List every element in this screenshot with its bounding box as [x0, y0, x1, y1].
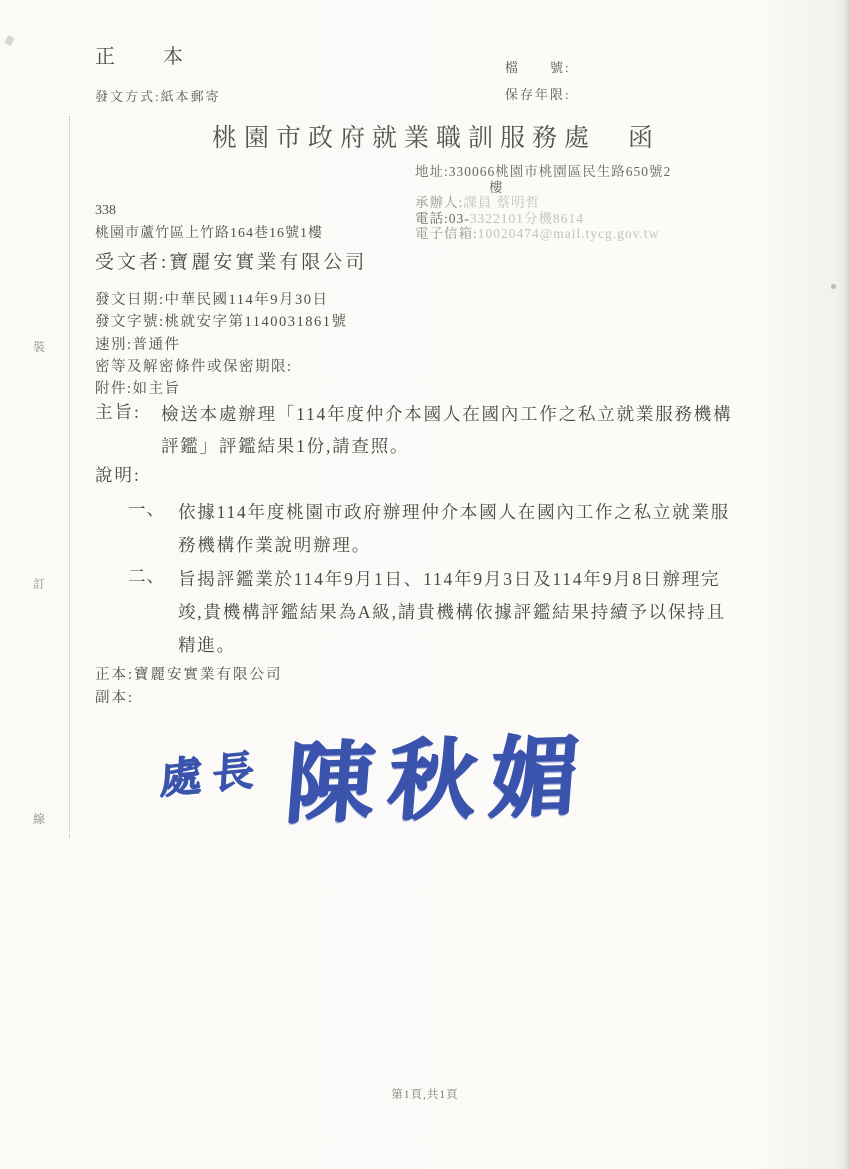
sender-email: 電子信箱:10020474@mail.tycg.gov.tw — [415, 226, 671, 242]
item-text: 依據114年度桃園市政府辦理仲介本國人在國內工作之私立就業服務機構作業說明辦理。 — [178, 496, 738, 562]
scan-artifact-dot — [831, 284, 836, 289]
explanation-item-2: 二、 旨揭評鑑業於114年9月1日、114年9月3日及114年9月8日辦理完竣,… — [128, 563, 738, 662]
subject-paragraph: 主旨: 檢送本處辦理「114年度仲介本國人在國內工作之私立就業服務機構評鑑」評鑑… — [95, 399, 741, 462]
sender-address-line1: 地址:330066桃園市桃園區民生路650號2 — [415, 164, 671, 180]
binding-mark-zhuang: 裝 — [33, 338, 45, 355]
subject-label: 主旨: — [95, 399, 161, 462]
issue-date: 發文日期:中華民國114年9月30日 — [95, 289, 348, 311]
subject-text: 檢送本處辦理「114年度仲介本國人在國內工作之私立就業服務機構評鑑」評鑑結果1份… — [161, 399, 741, 462]
signature-title: 處長 — [158, 736, 265, 806]
sender-phone: 電話:03-3322101分機8614 — [415, 211, 671, 227]
explanation-item-1: 一、 依據114年度桃園市政府辦理仲介本國人在國內工作之私立就業服務機構作業說明… — [128, 496, 738, 562]
sender-address-line2: 樓 — [415, 180, 671, 196]
doc-number: 發文字號:桃就安字第1140031861號 — [95, 311, 348, 333]
scan-artifact-mark — [4, 35, 14, 46]
file-number-label: 檔 號: — [505, 57, 571, 76]
attachment-note: 附件:如主旨 — [95, 378, 348, 400]
carbon-copy-line: 副本: — [95, 686, 134, 707]
recipient-zip: 338 — [95, 203, 116, 219]
document-title: 桃園市政府就業職訓服務處 函 — [212, 118, 660, 154]
retention-period-label: 保存年限: — [505, 84, 571, 103]
recipient-name-line: 受文者:寶麗安實業有限公司 — [95, 247, 367, 274]
email-label: 電子信箱: — [415, 226, 478, 241]
speed-class: 速別:普通件 — [95, 334, 348, 356]
scanned-letter-page: 正 本 發文方式:紙本郵寄 檔 號: 保存年限: 桃園市政府就業職訓服務處 函 … — [0, 0, 850, 1169]
explanation-label: 說明: — [95, 462, 141, 487]
binding-mark-ding: 訂 — [33, 575, 45, 592]
copy-type-label: 正 本 — [95, 40, 197, 69]
security-class: 密等及解密條件或保密期限: — [95, 356, 348, 378]
signature-name: 陳秋媚 — [281, 706, 597, 840]
binding-dotted-line — [69, 116, 70, 838]
page-number-footer: 第1頁,共1頁 — [0, 1086, 850, 1102]
item-number: 二、 — [128, 563, 178, 662]
recipient-address: 桃園市蘆竹區上竹路164巷16號1樓 — [95, 222, 323, 242]
contact-label: 承辦人: — [415, 195, 463, 210]
binding-mark-xian: 線 — [33, 810, 45, 827]
document-meta-block: 發文日期:中華民國114年9月30日 發文字號:桃就安字第1140031861號… — [95, 289, 348, 400]
contact-value: 課員 蔡明哲 — [463, 195, 540, 210]
item-text: 旨揭評鑑業於114年9月1日、114年9月3日及114年9月8日辦理完竣,貴機構… — [178, 563, 738, 662]
sender-contact-block: 地址:330066桃園市桃園區民生路650號2 樓 承辦人:課員 蔡明哲 電話:… — [415, 164, 671, 242]
delivery-method: 發文方式:紙本郵寄 — [95, 86, 221, 105]
sender-contact-person: 承辦人:課員 蔡明哲 — [415, 195, 671, 211]
item-number: 一、 — [128, 496, 178, 562]
phone-rest: 3322101分機8614 — [470, 211, 584, 226]
original-copy-line: 正本:寶麗安實業有限公司 — [95, 663, 283, 684]
email-value: 10020474@mail.tycg.gov.tw — [478, 226, 660, 241]
phone-prefix: 電話:03- — [415, 211, 470, 226]
director-signature-stamp: 處長 陳秋媚 — [158, 706, 593, 843]
scan-edge-shadow — [844, 0, 850, 1169]
